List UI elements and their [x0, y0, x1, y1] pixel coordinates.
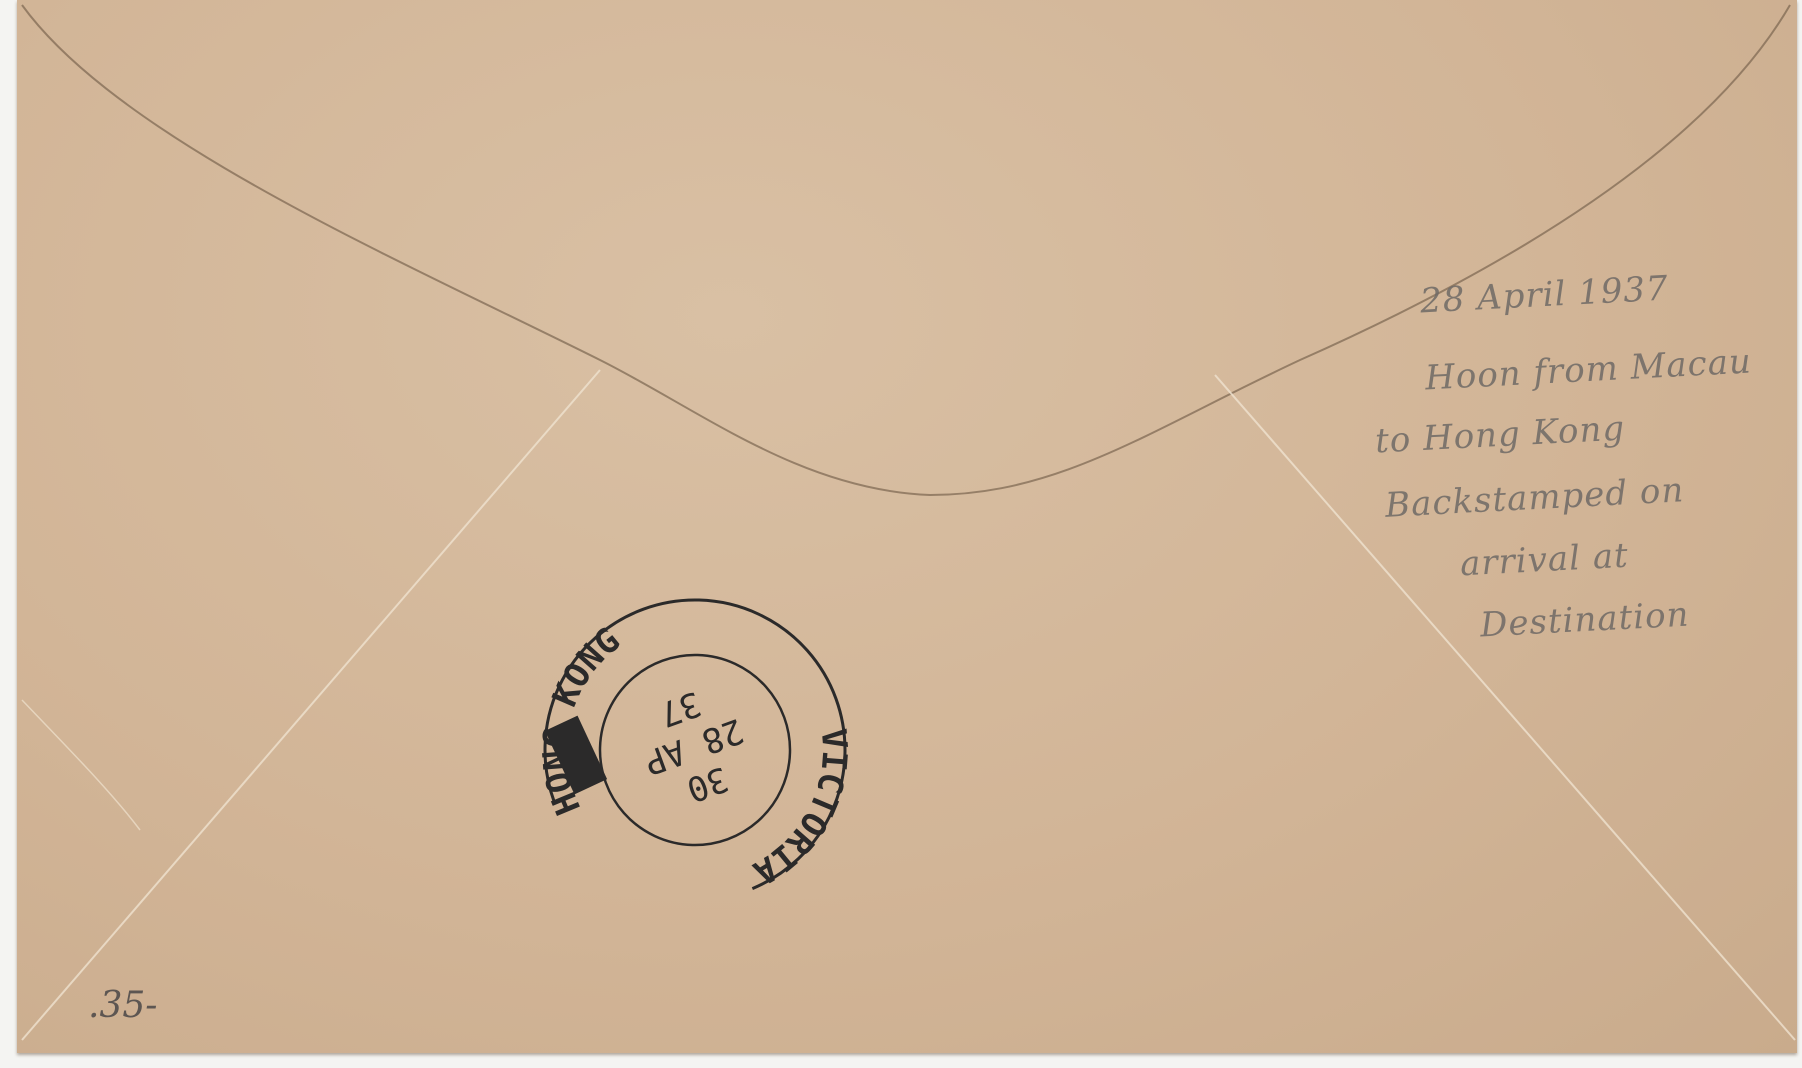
victoria-hong-kong-postmark: VICTORIA HONG KONG 30 28 AP 37: [540, 595, 850, 905]
price-note: .35-: [88, 985, 157, 1026]
envelope-flap-lines: [0, 0, 1802, 1068]
